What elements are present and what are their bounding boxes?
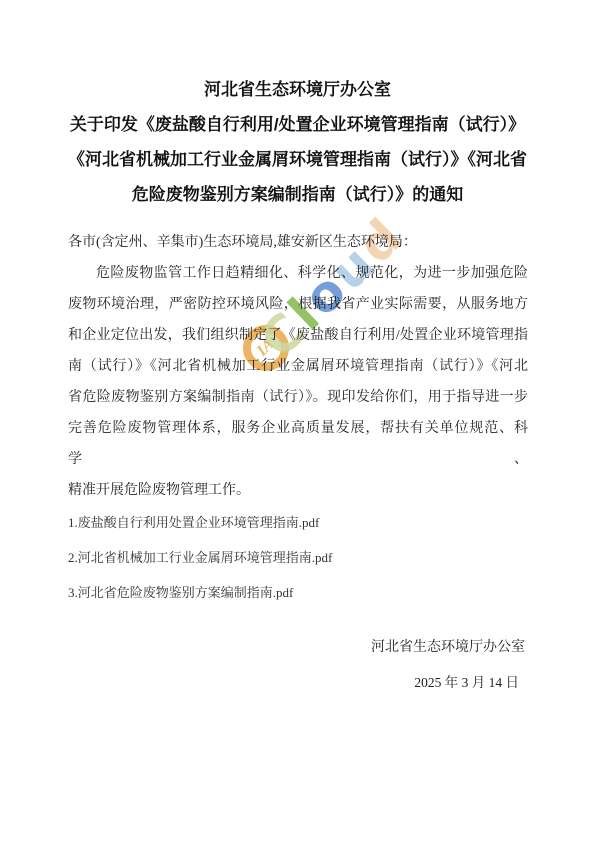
attachment-item: 2.河北省机械加工行业金属屑环境管理指南.pdf <box>68 540 528 575</box>
title-issuer-line: 河北省生态环境厅办公室 <box>30 72 565 107</box>
salutation: 各市(含定州、辛集市)生态环境局,雄安新区生态环境局： <box>68 233 528 253</box>
paragraph-line: 危险废物监管工作日趋精细化、科学化、规范化，为进一步加强危险 <box>68 258 528 289</box>
attachment-list: 1.废盐酸自行利用处置企业环境管理指南.pdf 2.河北省机械加工行业金属屑环境… <box>68 505 528 610</box>
document-title: 河北省生态环境厅办公室 关于印发《废盐酸自行利用/处置企业环境管理指南（试行）》… <box>30 72 565 212</box>
title-subject-line: 关于印发《废盐酸自行利用/处置企业环境管理指南（试行）》 <box>30 107 565 142</box>
attachment-item: 1.废盐酸自行利用处置企业环境管理指南.pdf <box>68 505 528 540</box>
title-subject-line: 《河北省机械加工行业金属屑环境管理指南（试行）》《河北省 <box>30 142 565 177</box>
signature-date: 2025 年 3 月 14 日 <box>371 665 525 700</box>
paragraph-line: 完善危险废物管理体系，服务企业高质量发展，帮扶有关单位规范、科学、 <box>68 413 528 475</box>
document-page: IA Cloud 河北省生态环境厅办公室 关于印发《废盐酸自行利用/处置企业环境… <box>0 0 595 841</box>
signature-issuer: 河北省生态环境厅办公室 <box>371 630 525 665</box>
paragraph-line: 省危险废物鉴别方案编制指南（试行）》。现印发给你们，用于指导进一步 <box>68 382 528 413</box>
signature-block: 河北省生态环境厅办公室 2025 年 3 月 14 日 <box>371 630 525 700</box>
paragraph-line: 精准开展危险废物管理工作。 <box>68 475 528 506</box>
attachment-item: 3.河北省危险废物鉴别方案编制指南.pdf <box>68 575 528 610</box>
paragraph-line: 废物环境治理，严密防控环境风险，根据我省产业实际需要，从服务地方 <box>68 289 528 320</box>
paragraph-line: 南（试行）》《河北省机械加工行业金属屑环境管理指南（试行）》《河北 <box>68 351 528 382</box>
body-paragraph: 危险废物监管工作日趋精细化、科学化、规范化，为进一步加强危险 废物环境治理，严密… <box>68 258 528 506</box>
title-subject-line: 危险废物鉴别方案编制指南（试行）》的通知 <box>30 177 565 212</box>
paragraph-line: 和企业定位出发，我们组织制定了《废盐酸自行利用/处置企业环境管理指 <box>68 320 528 351</box>
